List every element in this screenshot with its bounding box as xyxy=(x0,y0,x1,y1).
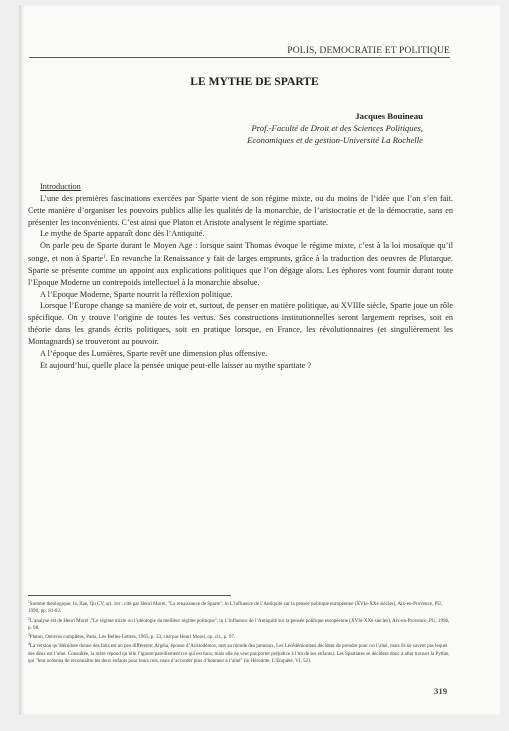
footnote-text: Platon, Oeuvres complètes, Paris, Les Be… xyxy=(30,634,235,640)
footnote: 3Platon, Oeuvres complètes, Paris, Les B… xyxy=(28,632,453,641)
footnote: 4La version qu’Hérodote donne des faits … xyxy=(28,641,453,665)
paragraph: On parle peu de Sparte durant le Moyen A… xyxy=(28,240,453,288)
footnote-text: L’analyse est de Henri Morel ,"Le régime… xyxy=(28,618,449,631)
footnote-text: Somme théologique, Ia, IIae, Qu CV, art.… xyxy=(28,601,442,614)
paragraph: A l’Epoque Moderne, Sparte nourrit la ré… xyxy=(28,289,453,301)
affiliation-line-2: Economiques et de gestion-Université La … xyxy=(247,135,423,147)
running-head: POLIS, DEMOCRATIE ET POLITIQUE xyxy=(29,45,450,58)
footnote-text: La version qu’Hérodote donne des faits e… xyxy=(28,643,450,664)
page-number: 319 xyxy=(434,686,447,696)
paragraph: Et aujourd’hui, quelle place la pensée u… xyxy=(28,360,453,372)
footnote: 2L’analyse est de Henri Morel ,"Le régim… xyxy=(28,616,453,633)
footnote: 1Somme théologique, Ia, IIae, Qu CV, art… xyxy=(28,599,453,616)
affiliation-line-1: Prof.-Faculté de Droit et des Sciences P… xyxy=(247,123,423,135)
author-name: Jacques Bouineau xyxy=(355,111,423,121)
article-body: Introduction L’une des premières fascina… xyxy=(28,181,453,372)
footnotes: 1Somme théologique, Ia, IIae, Qu CV, art… xyxy=(28,599,453,665)
paragraph: L’une des premières fascinations exercée… xyxy=(28,193,453,229)
article-title: LE MYTHE DE SPARTE xyxy=(0,75,509,88)
section-heading: Introduction xyxy=(28,181,453,193)
paragraph: A l’époque des Lumières, Sparte revêt un… xyxy=(28,348,453,360)
footnote-separator xyxy=(28,595,231,596)
paragraph: Le mythe de Sparte apparaît donc dès l’A… xyxy=(28,228,453,240)
author-affiliation: Prof.-Faculté de Droit et des Sciences P… xyxy=(247,123,423,146)
paragraph: Lorsque l’Europe change sa manière de vo… xyxy=(28,300,453,347)
